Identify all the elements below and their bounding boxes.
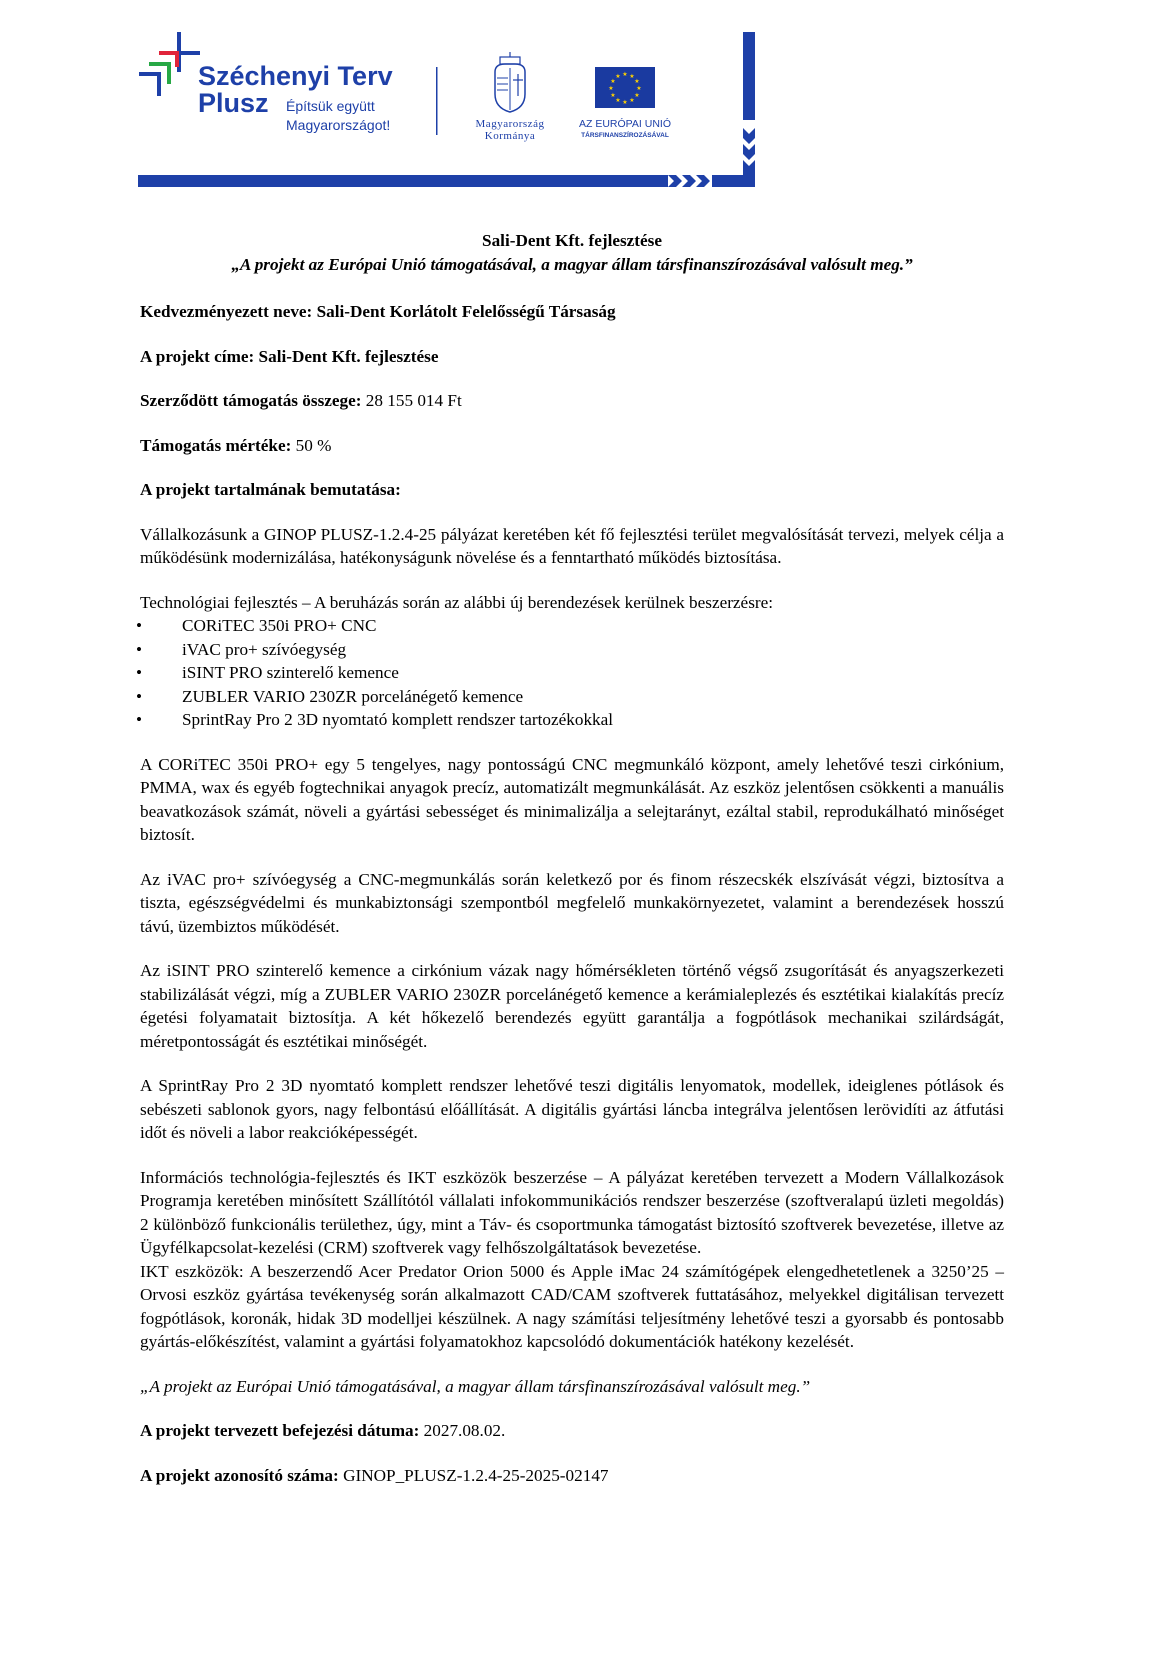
- logo-divider: [436, 67, 438, 135]
- svg-text:★: ★: [610, 92, 615, 99]
- beneficiary-value: Sali-Dent Korlátolt Felelősségű Társaság: [317, 302, 616, 321]
- beneficiary-label: Kedvezményezett neve:: [140, 302, 312, 321]
- document-subtitle: „A projekt az Európai Unió támogatásával…: [140, 253, 1004, 277]
- logo-eu-line1: AZ EURÓPAI UNIÓ: [579, 117, 671, 130]
- coat-of-arms-icon: [495, 52, 525, 112]
- svg-text:★: ★: [608, 85, 613, 92]
- equipment-item: CORiTEC 350i PRO+ CNC: [140, 614, 1004, 638]
- ict-devices-paragraph: IKT eszközök: A beszerzendő Acer Predato…: [140, 1260, 1004, 1354]
- logo-szechenyi-line1: Széchenyi Terv: [198, 61, 393, 91]
- grant-rate-value: 50 %: [296, 436, 332, 455]
- grant-rate-label: Támogatás mértéke:: [140, 436, 291, 455]
- equipment-item: iVAC pro+ szívóegység: [140, 638, 1004, 662]
- tech-intro: Technológiai fejlesztés – A beruházás so…: [140, 591, 1004, 615]
- grant-amount-label: Szerződött támogatás összege:: [140, 391, 361, 410]
- equipment-item: iSINT PRO szinterelő kemence: [140, 661, 1004, 685]
- intro-paragraph: Vállalkozásunk a GINOP PLUSZ-1.2.4-25 pá…: [140, 523, 1004, 570]
- project-title-value: Sali-Dent Kft. fejlesztése: [259, 347, 439, 366]
- document-body: Sali-Dent Kft. fejlesztése „A projekt az…: [140, 229, 1004, 1487]
- logo-szechenyi-line2: Plusz: [198, 88, 269, 118]
- svg-text:★: ★: [615, 73, 620, 80]
- logo-tagline2: Magyarországot!: [286, 117, 390, 133]
- grant-rate-row: Támogatás mértéke: 50 %: [140, 434, 1004, 458]
- logo-government-line2: Kormánya: [485, 130, 535, 142]
- svg-text:★: ★: [615, 97, 620, 104]
- project-title-label: A projekt címe:: [140, 347, 254, 366]
- closing-quote: „A projekt az Európai Unió támogatásával…: [140, 1375, 1004, 1399]
- szechenyi-cross-icon: [139, 32, 200, 96]
- eu-flag-icon: ★★★ ★★★ ★★★ ★★★: [595, 67, 655, 108]
- project-id-row: A projekt azonosító száma: GINOP_PLUSZ-1…: [140, 1464, 1004, 1488]
- grant-amount-value: 28 155 014 Ft: [366, 391, 462, 410]
- equipment-item: SprintRay Pro 2 3D nyomtató komplett ren…: [140, 708, 1004, 732]
- document-title: Sali-Dent Kft. fejlesztése: [140, 229, 1004, 253]
- paragraph-coritec: A CORiTEC 350i PRO+ egy 5 tengelyes, nag…: [140, 753, 1004, 847]
- end-date-row: A projekt tervezett befejezési dátuma: 2…: [140, 1419, 1004, 1443]
- paragraph-sprintray: A SprintRay Pro 2 3D nyomtató komplett r…: [140, 1074, 1004, 1145]
- grant-amount-row: Szerződött támogatás összege: 28 155 014…: [140, 389, 1004, 413]
- project-id-label: A projekt azonosító száma:: [140, 1466, 339, 1485]
- content-heading: A projekt tartalmának bemutatása:: [140, 478, 1004, 502]
- logo-eu-line2: TÁRSFINANSZÍROZÁSÁVAL: [581, 130, 669, 139]
- svg-text:★: ★: [634, 78, 639, 85]
- svg-text:★: ★: [629, 97, 634, 104]
- funding-header-banner: Széchenyi Terv Plusz Építsük együtt Magy…: [0, 0, 1170, 200]
- svg-text:★: ★: [634, 92, 639, 99]
- logo-government-line1: Magyarország: [476, 118, 545, 130]
- paragraph-ivac: Az iVAC pro+ szívóegység a CNC-megmunkál…: [140, 868, 1004, 939]
- logo-tagline1: Építsük együtt: [286, 98, 375, 114]
- project-title-row: A projekt címe: Sali-Dent Kft. fejleszté…: [140, 345, 1004, 369]
- equipment-item: ZUBLER VARIO 230ZR porcelánégető kemence: [140, 685, 1004, 709]
- end-date-label: A projekt tervezett befejezési dátuma:: [140, 1421, 419, 1440]
- equipment-list: CORiTEC 350i PRO+ CNC iVAC pro+ szívóegy…: [140, 614, 1004, 732]
- svg-text:★: ★: [622, 99, 627, 106]
- end-date-value: 2027.08.02.: [424, 1421, 506, 1440]
- project-id-value: GINOP_PLUSZ-1.2.4-25-2025-02147: [343, 1466, 608, 1485]
- paragraph-isint: Az iSINT PRO szinterelő kemence a cirkón…: [140, 959, 1004, 1053]
- svg-text:★: ★: [622, 71, 627, 78]
- beneficiary-row: Kedvezményezett neve: Sali-Dent Korlátol…: [140, 300, 1004, 324]
- ict-paragraph: Információs technológia-fejlesztés és IK…: [140, 1166, 1004, 1260]
- svg-text:★: ★: [636, 85, 641, 92]
